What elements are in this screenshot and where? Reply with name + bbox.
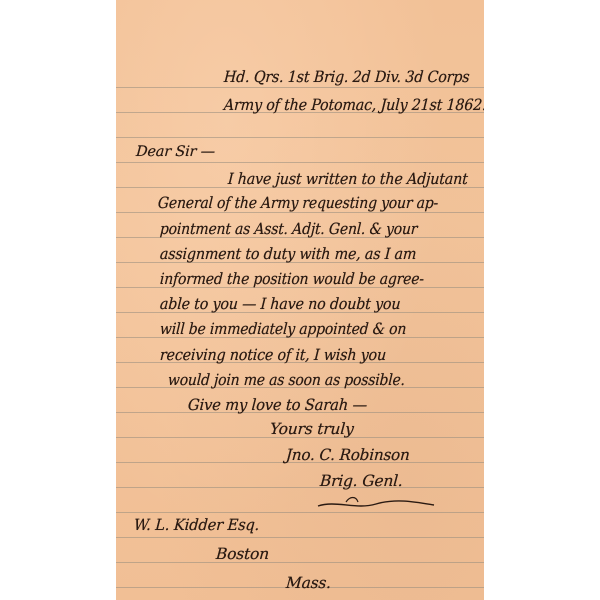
ruled-line	[116, 212, 484, 213]
addressee-city: Boston	[215, 545, 269, 563]
ruled-line	[116, 487, 484, 488]
salutation: Dear Sir —	[135, 144, 215, 160]
heading-line-2: Army of the Potomac, July 21st 1862.	[223, 96, 484, 114]
ruled-line	[116, 137, 484, 138]
body-line-3: pointment as Asst. Adjt. Genl. & your	[159, 220, 417, 238]
ruled-line	[116, 537, 484, 538]
closing: Yours truly	[269, 420, 354, 438]
signature: Jno. C. Robinson	[285, 446, 410, 464]
body-line-2: General of the Army requesting your ap-	[157, 194, 438, 212]
letter-paper: Hd. Qrs. 1st Brig. 2d Div. 3d Corps Army…	[116, 0, 484, 600]
body-line-1: I have just written to the Adjutant	[227, 170, 468, 188]
body-line-4: assignment to duty with me, as I am	[159, 245, 416, 263]
signature-title: Brig. Genl.	[319, 472, 403, 490]
ruled-line	[116, 562, 484, 563]
body-line-8: receiving notice of it, I wish you	[159, 346, 386, 364]
ruled-line	[116, 162, 484, 163]
ruled-line	[116, 87, 484, 88]
ruled-line	[116, 512, 484, 513]
body-line-6: able to you — I have no doubt you	[159, 295, 401, 313]
signature-flourish	[316, 492, 436, 512]
body-line-5: informed the position would be agree-	[159, 270, 424, 288]
letter-scan: Hd. Qrs. 1st Brig. 2d Div. 3d Corps Army…	[0, 0, 600, 600]
body-line-7: will be immediately appointed & on	[159, 320, 406, 338]
body-line-10: Give my love to Sarah —	[187, 396, 367, 414]
addressee-state: Mass.	[285, 574, 331, 592]
body-line-9: would join me as soon as possible.	[167, 371, 405, 389]
addressee-name: W. L. Kidder Esq.	[133, 516, 259, 534]
heading-line-1: Hd. Qrs. 1st Brig. 2d Div. 3d Corps	[223, 68, 470, 86]
